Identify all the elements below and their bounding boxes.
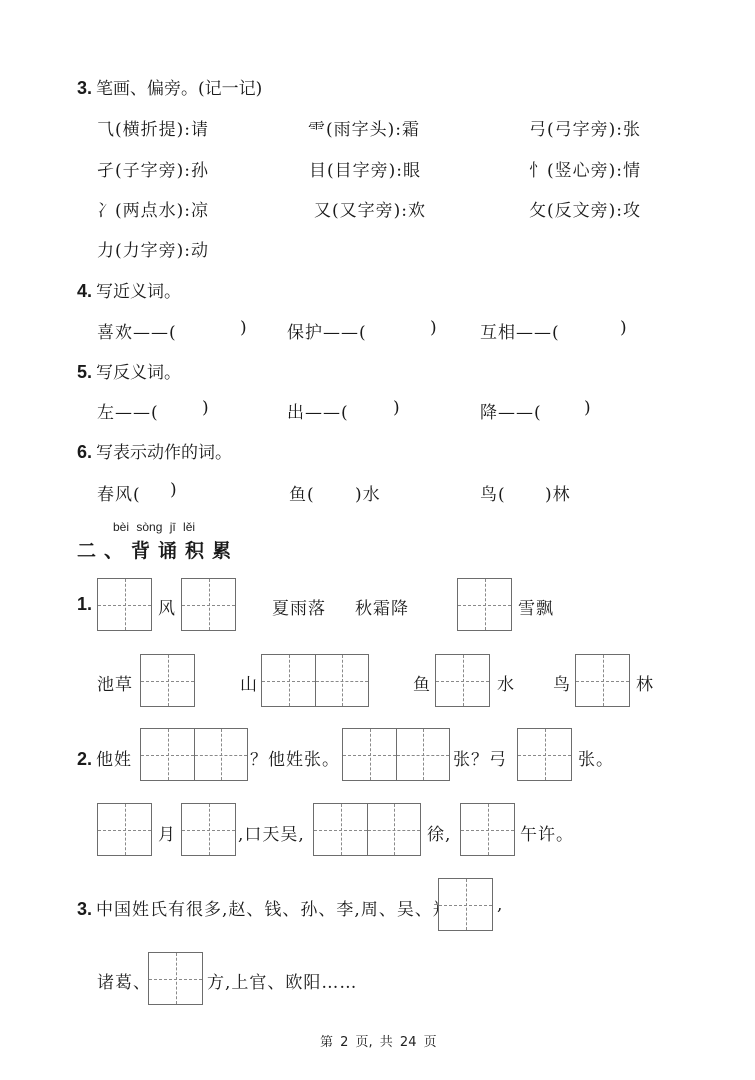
action-word-post: )林	[545, 480, 571, 505]
char-box[interactable]	[97, 578, 152, 631]
text: 雪飘	[518, 594, 554, 619]
q3-title: 笔画、偏旁。(记一记)	[96, 79, 262, 99]
char-box-double[interactable]	[261, 654, 369, 707]
text: 水	[497, 670, 515, 695]
char-box[interactable]	[438, 878, 493, 931]
char-box-double[interactable]	[342, 728, 450, 781]
char-box-double[interactable]	[140, 728, 248, 781]
page-number: 第 2 页, 共 24 页	[320, 1031, 437, 1050]
q6-number: 6.	[77, 442, 92, 462]
text: 张。	[578, 745, 614, 770]
synonym-item: 喜欢——(	[97, 318, 177, 343]
char-box-double[interactable]	[313, 803, 421, 856]
section2-title: 二、背诵积累	[77, 536, 239, 563]
radical-item: 又(又字旁):欢	[314, 196, 426, 221]
q3-number: 3.	[77, 78, 92, 98]
text: 鱼	[413, 670, 431, 695]
section2-pinyin: bèi sòng jī lěi	[113, 520, 195, 534]
radical-item: 孑(子字旁):孙	[97, 156, 209, 181]
char-box[interactable]	[517, 728, 572, 781]
radical-item: 弓(弓字旁):张	[529, 115, 641, 140]
text: 张？弓	[453, 745, 507, 770]
antonym-blank-close[interactable]: )	[202, 398, 210, 418]
text: ,口天吴,	[238, 820, 305, 845]
char-box[interactable]	[140, 654, 195, 707]
q5-number: 5.	[77, 362, 92, 382]
synonym-item: 互相——(	[480, 318, 560, 343]
q5-heading: 5.写反义词。	[77, 358, 181, 383]
q4-title: 写近义词。	[96, 282, 181, 302]
action-word-pre: 春风(	[97, 480, 141, 505]
radical-item: 冫(两点水):凉	[97, 196, 209, 221]
recite-q1-number: 1.	[77, 594, 92, 615]
q3-heading: 3.笔画、偏旁。(记一记)	[77, 74, 262, 99]
antonym-item: 左——(	[97, 398, 159, 423]
text: 鸟	[553, 670, 571, 695]
synonym-blank-close[interactable]: )	[620, 318, 628, 338]
radical-item: 目(目字旁):眼	[309, 156, 421, 181]
text: 诸葛、	[97, 968, 151, 993]
char-box[interactable]	[97, 803, 152, 856]
action-word-pre: 鸟(	[480, 480, 506, 505]
synonym-blank-close[interactable]: )	[240, 318, 248, 338]
text: 午许。	[520, 820, 574, 845]
radical-item: 忄(竖心旁):情	[529, 156, 641, 181]
action-word-post: )水	[355, 480, 381, 505]
text: 林	[636, 670, 654, 695]
text: 方,上官、欧阳……	[207, 968, 357, 993]
text: 风	[158, 594, 176, 619]
text: 月	[158, 820, 176, 845]
q5-title: 写反义词。	[96, 363, 181, 383]
char-box[interactable]	[460, 803, 515, 856]
synonym-item: 保护——(	[287, 318, 367, 343]
text: 徐,	[427, 820, 451, 845]
char-box[interactable]	[148, 952, 203, 1005]
char-box[interactable]	[575, 654, 630, 707]
char-box[interactable]	[181, 803, 236, 856]
char-box[interactable]	[181, 578, 236, 631]
recite-q2-lead: 2.他姓	[77, 745, 132, 770]
text: 秋霜降	[355, 594, 409, 619]
radical-item: ⻗(雨字头):霜	[308, 115, 420, 140]
action-word-post: )	[170, 480, 178, 500]
q6-title: 写表示动作的词。	[96, 443, 232, 463]
synonym-blank-close[interactable]: )	[430, 318, 438, 338]
recite-q3-lead: 3.中国姓氏有很多,赵、钱、孙、李,周、吴、郑、	[77, 895, 469, 920]
antonym-blank-close[interactable]: )	[584, 398, 592, 418]
char-box[interactable]	[435, 654, 490, 707]
radical-item: 力(力字旁):动	[97, 236, 209, 261]
text: ,	[497, 895, 503, 915]
q6-heading: 6.写表示动作的词。	[77, 438, 232, 463]
radical-item: ⺄(横折提):请	[97, 115, 209, 140]
action-word-pre: 鱼(	[289, 480, 315, 505]
text: 山	[240, 670, 258, 695]
q4-heading: 4.写近义词。	[77, 277, 181, 302]
text: 夏雨落	[272, 594, 326, 619]
text: ？他姓张。	[250, 745, 340, 770]
char-box[interactable]	[457, 578, 512, 631]
antonym-item: 降——(	[480, 398, 542, 423]
q4-number: 4.	[77, 281, 92, 301]
radical-item: 攵(反文旁):攻	[529, 196, 641, 221]
antonym-blank-close[interactable]: )	[393, 398, 401, 418]
antonym-item: 出——(	[287, 398, 349, 423]
text: 池草	[97, 670, 133, 695]
